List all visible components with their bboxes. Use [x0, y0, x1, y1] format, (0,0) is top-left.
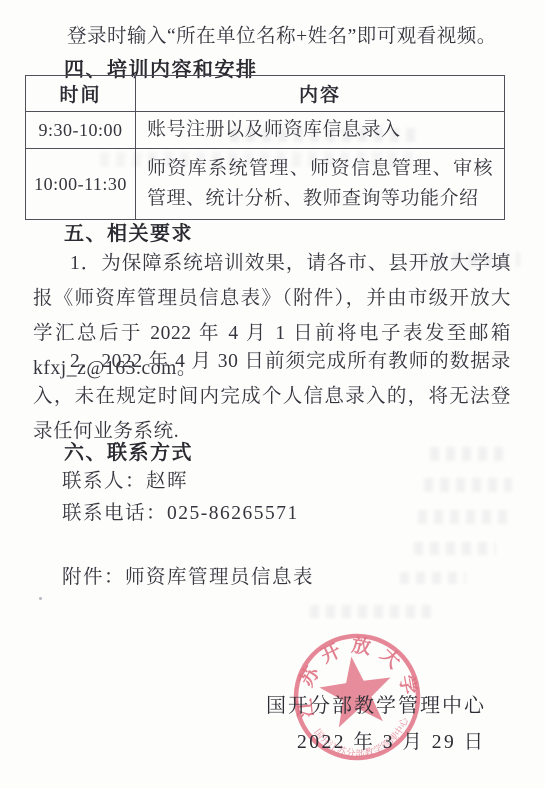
contact-phone-line: 联系电话：025-86265571: [62, 497, 299, 525]
schedule-content: 师资库系统管理、师资信息管理、审核管理、统计分析、教师查询等功能介绍: [136, 149, 505, 220]
schedule-time: 9:30-10:00: [26, 112, 136, 149]
section-heading-requirements: 五、相关要求: [64, 217, 193, 246]
bleed-through-artifact: [430, 447, 508, 461]
scan-speck: [39, 597, 42, 600]
table-row: 9:30-10:00 账号注册以及师资库信息录入: [26, 112, 505, 149]
contact-person-line: 联系人：赵晖: [62, 465, 188, 493]
schedule-content: 账号注册以及师资库信息录入: [136, 112, 505, 149]
bleed-through-artifact: [414, 542, 496, 555]
table-row: 10:00-11:30 师资库系统管理、师资信息管理、审核管理、统计分析、教师查…: [26, 149, 505, 220]
schedule-time: 10:00-11:30: [26, 149, 136, 220]
date-line: 2022 年 3 月 29 日: [297, 726, 486, 754]
scanned-notice-page: 登录时输入“所在单位名称+姓名”即可观看视频。 四、培训内容和安排 时间 内容 …: [0, 0, 545, 788]
intro-line: 登录时输入“所在单位名称+姓名”即可观看视频。: [67, 20, 527, 48]
section-heading-contact: 六、联系方式: [64, 436, 193, 465]
bleed-through-artifact: [400, 572, 466, 584]
training-schedule-table: 时间 内容 9:30-10:00 账号注册以及师资库信息录入 10:00-11:…: [25, 75, 505, 220]
bleed-through-artifact: [424, 478, 512, 492]
table-header-content: 内容: [136, 76, 505, 112]
bleed-through-artifact: [418, 510, 514, 524]
table-header-time: 时间: [26, 76, 136, 112]
attachment-line: 附件：师资库管理员信息表: [62, 561, 314, 589]
requirement-item-2: 2．2022 年 4 月 30 日前须完成所有教师的数据录入，未在规定时间内完成…: [33, 344, 511, 449]
issuer-line: 国开分部教学管理中心: [266, 689, 486, 718]
table-header-row: 时间 内容: [26, 76, 505, 112]
